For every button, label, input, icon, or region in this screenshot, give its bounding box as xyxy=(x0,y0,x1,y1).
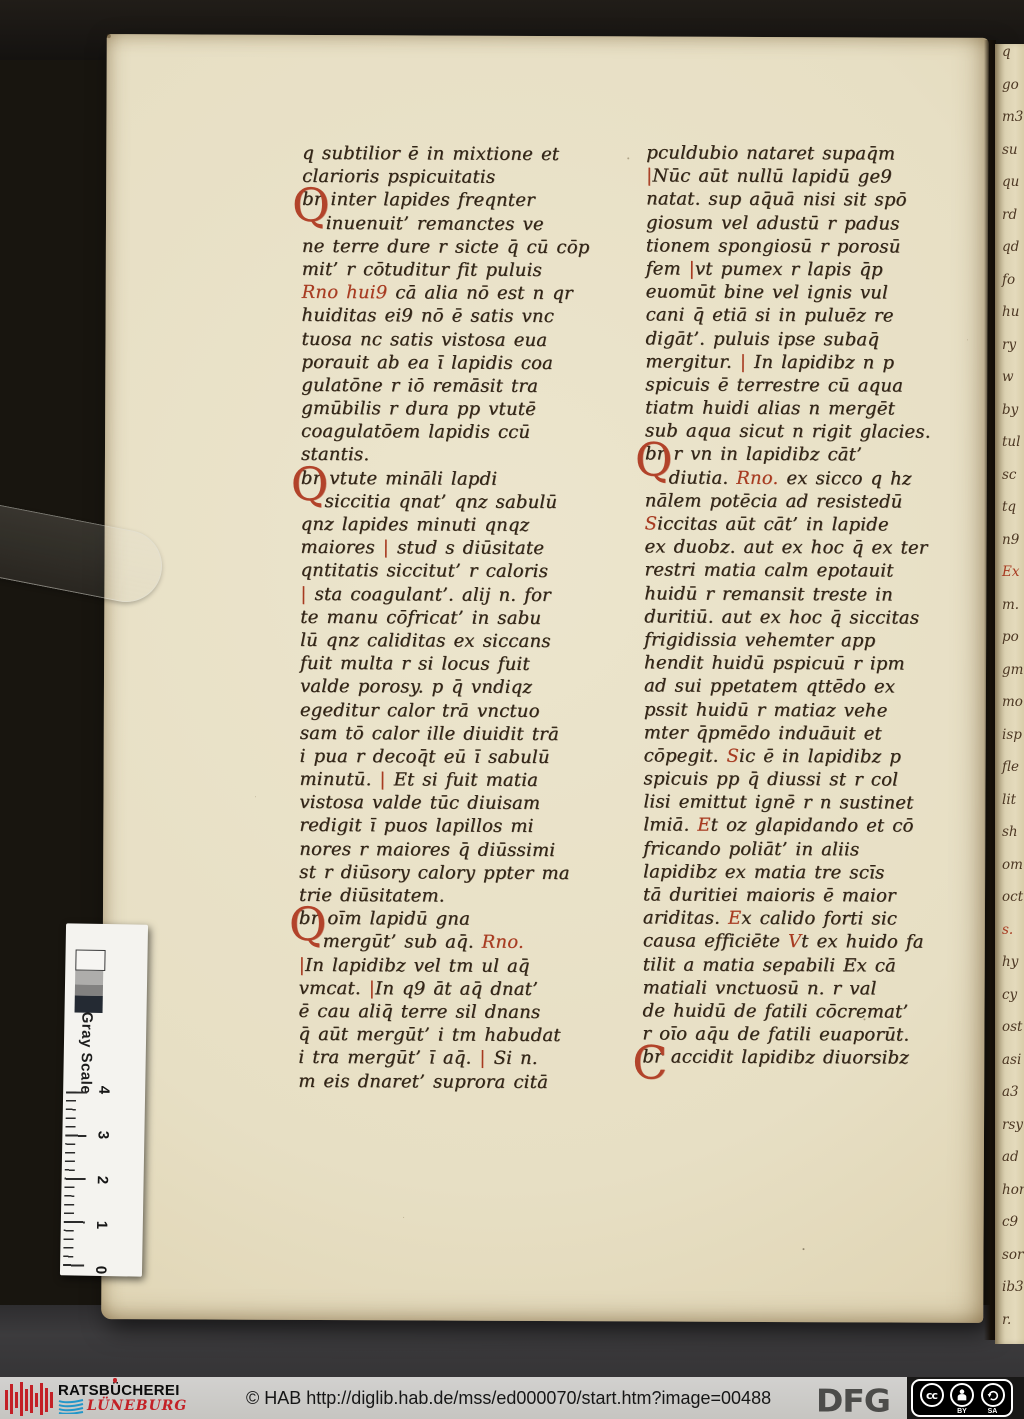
line-text: sub aqua sicut n rigit glacies. xyxy=(645,421,931,443)
fragment-ink: sc xyxy=(1002,467,1017,483)
manuscript-line: clarioris pspicuitatis xyxy=(302,166,637,191)
line-text: lmiā. xyxy=(643,815,697,836)
manuscript-line: q̄ aūt mergūt’ i tm habudat xyxy=(298,1024,633,1049)
manuscript-line: diutia. Rno. ex sicco q hz xyxy=(645,467,980,492)
fragment-ink: mo xyxy=(1002,694,1023,710)
manuscript-line: matiali vnctuosū n. r val xyxy=(643,977,978,1002)
facing-text-fragment: s. xyxy=(995,922,1024,955)
fragment-ink: oct xyxy=(1002,889,1023,905)
dfg-logo: DFG xyxy=(816,1382,890,1419)
manuscript-line: q subtilior ē in mixtione et xyxy=(302,143,637,168)
line-text: i pua r decoq̄t eū ī sabulū xyxy=(300,746,550,768)
rubric-text: Rno. xyxy=(482,932,524,953)
rubric-text: E xyxy=(728,908,741,929)
fragment-ink: fo xyxy=(1002,272,1015,288)
facing-text-fragment: ib3 xyxy=(995,1279,1024,1312)
manuscript-line: i pua r decoq̄t eū ī sabulū xyxy=(300,746,635,771)
line-text: mergūt’ sub aq̄. xyxy=(299,931,482,953)
facing-text-fragment: m3 xyxy=(995,109,1024,142)
line-text: qntitatis siccitut’ r caloris xyxy=(300,560,548,582)
fragment-ink: by xyxy=(1002,402,1018,418)
manuscript-line: tionem spongiosū r porosū xyxy=(646,235,981,260)
manuscript-line: huiditas ei9 nō ē satis vnc xyxy=(302,305,637,330)
fragment-ink: ry xyxy=(1002,337,1016,353)
manuscript-line: cani q̄ etiā si in puluēz re xyxy=(646,305,981,330)
manuscript-line: tiatm huidi alias n mergēt xyxy=(645,397,980,422)
line-text: porauit ab ea ī lapidis coa xyxy=(301,352,553,374)
manuscript-line: ne terre dure r sicte q̄ cū cōp xyxy=(302,236,637,261)
facing-text-fragment: ry xyxy=(995,337,1024,370)
line-text: diutia. xyxy=(645,467,736,488)
manuscript-line: Siccitas aūt cāt’ in lapide xyxy=(645,513,980,538)
line-text: hendit huidū pspicuū r ipm xyxy=(644,653,905,675)
manuscript-line: Cbr accidit lapidibz diuorsibz xyxy=(642,1047,977,1072)
manuscript-line: fem |vt pumex r lapis q̄p xyxy=(646,258,981,283)
facing-text-fragment: go xyxy=(995,77,1024,110)
line-text: spicuis pp q̄ diussi st r col xyxy=(644,768,899,790)
fragment-ink: go xyxy=(1002,77,1019,93)
fragment-ink: rd xyxy=(1002,207,1017,223)
manuscript-line: fuit multa r si locus fuit xyxy=(300,653,635,678)
line-text: Nūc aūt nullū lapidū ge9 xyxy=(652,166,892,188)
facing-text-fragment: Ex xyxy=(995,564,1024,597)
line-text: i tra mergūt’ ī aq̄. xyxy=(298,1047,479,1069)
manuscript-line: Qbr oīm lapidū gna xyxy=(299,908,634,933)
rubric-text: E xyxy=(697,815,710,836)
line-text: x calido forti sic xyxy=(741,908,897,930)
line-text: In lapidibz n p xyxy=(746,352,894,374)
manuscript-line: fricando poliāt’ in aliis xyxy=(643,838,978,863)
manuscript-line: causa efficiēte Vt ex huido fa xyxy=(643,931,978,956)
line-text: m eis dnaret’ suprora citā xyxy=(298,1070,548,1092)
manuscript-line: frigidissia vehemter app xyxy=(644,629,979,654)
facing-text-fragment: cy xyxy=(995,987,1024,1020)
ruler-number: 1 xyxy=(94,1221,110,1230)
rubric-initial: C xyxy=(632,1041,668,1085)
facing-text-fragment: m. xyxy=(995,597,1024,630)
line-text: cani q̄ etiā si in puluēz re xyxy=(646,305,894,327)
fragment-ink: hy xyxy=(1002,954,1018,970)
library-name-accent: Ü xyxy=(110,1382,121,1399)
line-text: mit’ r cōtuditur fit puluis xyxy=(302,259,542,281)
fragment-ink: gm xyxy=(1002,662,1023,678)
fragment-ink: ib3 xyxy=(1002,1279,1024,1295)
manuscript-line: duritiū. aut ex hoc q̄ siccitas xyxy=(644,606,979,631)
manuscript-line: lisi emittut ignē r n sustinet xyxy=(643,792,978,817)
line-text: euomūt bine vel ignis vul xyxy=(646,282,888,304)
manuscript-line: sub aqua sicut n rigit glacies. xyxy=(645,421,980,446)
line-text: gmūbilis r dura pp vtutē xyxy=(301,398,536,420)
facing-text-fragment: mo xyxy=(995,694,1024,727)
manuscript-line: lū qnz caliditas ex siccans xyxy=(300,630,635,655)
manuscript-line: egeditur calor trā vnctuo xyxy=(300,699,635,724)
manuscript-line: mter q̄pmēdo induāuit et xyxy=(644,722,979,747)
line-text: fem xyxy=(646,258,689,279)
manuscript-line: m eis dnaret’ suprora citā xyxy=(298,1070,633,1095)
manuscript-line: de huidū de fatili cōcremat’ xyxy=(642,1000,977,1025)
manuscript-line: giosum vel adustū r padus xyxy=(646,212,981,237)
cc-letters: cc xyxy=(926,1389,937,1402)
manuscript-line: cōpegit. Sic ē in lapidibz p xyxy=(644,745,979,770)
facing-text-fragment: su xyxy=(995,142,1024,175)
line-text: Et si fuit matia xyxy=(386,769,539,791)
facing-text-fragment: ost xyxy=(995,1019,1024,1052)
line-text: ad sui ppetatem qttēdo ex xyxy=(644,676,895,698)
fragment-ink: n9 xyxy=(1002,532,1019,548)
facing-text-fragment: ad xyxy=(995,1149,1024,1182)
facing-text-fragment: c9 xyxy=(995,1214,1024,1247)
fragment-ink: om xyxy=(1002,857,1023,873)
facing-text-fragment: sc xyxy=(995,467,1024,500)
facing-text-fragment: oct xyxy=(995,889,1024,922)
manuscript-line: mergūt’ sub aq̄. Rno. xyxy=(299,931,634,956)
manuscript-line: qnz lapides minuti qnqz xyxy=(301,514,636,539)
manuscript-line: stantis. xyxy=(301,444,636,469)
fragment-ink: m. xyxy=(1002,597,1019,613)
facing-text-fragment: q xyxy=(995,44,1024,77)
facing-text-fragment: n9 xyxy=(995,532,1024,565)
fragment-ink: c9 xyxy=(1002,1214,1018,1230)
manuscript-line: vistosa valde tūc diuisam xyxy=(299,792,634,817)
fragment-ink: a3 xyxy=(1002,1084,1019,1100)
line-text: tilit a matia sepabili Ex cā xyxy=(643,954,896,976)
line-text: tā duritiei maioris ē maior xyxy=(643,884,896,906)
manuscript-line: ad sui ppetatem qttēdo ex xyxy=(644,676,979,701)
line-text: lū qnz caliditas ex siccans xyxy=(300,630,551,652)
facing-text-fragment: po xyxy=(995,629,1024,662)
fragment-ink: cy xyxy=(1002,987,1017,1003)
manuscript-line: valde porosy. p q̄ vndiqz xyxy=(300,676,635,701)
manuscript-line: inuenuit’ remanctes ve xyxy=(302,212,637,237)
manuscript-line: Rno hui9 cā alia nō est n qr xyxy=(302,282,637,307)
manuscript-line: maiores | stud s diūsitate xyxy=(301,537,636,562)
manuscript-line: spicuis ē terrestre cū aqua xyxy=(645,374,980,399)
facing-text-fragment: hy xyxy=(995,954,1024,987)
line-text: lapidibz ex matia tre scīs xyxy=(643,861,884,883)
line-text: iccitas aūt cāt’ in lapide xyxy=(657,513,889,535)
facing-text-fragment: rsy xyxy=(995,1117,1024,1150)
manuscript-line: huidū r remansit treste in xyxy=(644,583,979,608)
line-text: mter q̄pmēdo induāuit et xyxy=(644,722,882,744)
manuscript-line: lapidibz ex matia tre scīs xyxy=(643,861,978,886)
manuscript-line: ex duobz. aut ex hoc q̄ ex ter xyxy=(645,537,980,562)
line-text: mergitur. xyxy=(645,351,740,372)
parchment-speckles xyxy=(107,34,111,38)
manuscript-line: gulatōne r iō remāsit tra xyxy=(301,375,636,400)
line-text: restri matia calm epotauit xyxy=(644,560,893,582)
manuscript-line: qntitatis siccitut’ r caloris xyxy=(300,560,635,585)
line-text: pssit huidū r matiaz vehe xyxy=(644,699,888,721)
line-text: redigit ī puos lapillos mi xyxy=(299,815,533,837)
line-text: inuenuit’ remanctes ve xyxy=(302,212,544,234)
line-text: q̄ aūt mergūt’ i tm habudat xyxy=(298,1024,560,1046)
line-text: qnz lapides minuti qnqz xyxy=(301,514,530,536)
cc-by-person-icon xyxy=(950,1383,974,1407)
library-bars-icon xyxy=(4,1380,54,1418)
line-text: natat. sup aq̄uā nisi sit spō xyxy=(646,189,907,211)
digitized-manuscript-photo: q subtilior ē in mixtione etclarioris ps… xyxy=(0,0,1024,1419)
cc-license-badge: cc BY SA xyxy=(911,1379,1013,1417)
line-text: st r diūsory calory ppter ma xyxy=(299,862,570,884)
fragment-ink: w xyxy=(1002,369,1014,385)
fragment-ink: po xyxy=(1002,629,1019,645)
line-text: gulatōne r iō remāsit tra xyxy=(301,375,538,397)
manuscript-line: natat. sup aq̄uā nisi sit spō xyxy=(646,189,981,214)
fragment-ink: ost xyxy=(1002,1019,1022,1035)
manuscript-line: st r diūsory calory ppter ma xyxy=(299,862,634,887)
line-text: giosum vel adustū r padus xyxy=(646,212,900,234)
line-text: ariditas. xyxy=(643,908,728,929)
ruler-number: 0 xyxy=(93,1266,109,1275)
line-text: pculdubio nataret supaq̄m xyxy=(646,142,895,164)
manuscript-line: gmūbilis r dura pp vtutē xyxy=(301,398,636,423)
manuscript-line: spicuis pp q̄ diussi st r col xyxy=(644,768,979,793)
line-text: maiores xyxy=(301,537,383,558)
line-text: clarioris pspicuitatis xyxy=(302,166,495,188)
facing-text-fragment: sor xyxy=(995,1247,1024,1280)
facing-text-fragment: w xyxy=(995,369,1024,402)
by-label: BY xyxy=(957,1408,967,1416)
line-text: duritiū. aut ex hoc q̄ siccitas xyxy=(644,606,919,628)
fragment-ink: q xyxy=(1002,44,1011,60)
fragment-ink: qd xyxy=(1002,239,1019,255)
line-text: br inter lapides freqnter xyxy=(302,189,535,211)
manuscript-line: nālem potēcia ad resistedū xyxy=(645,490,980,515)
manuscript-line: te manu cōfricat’ in sabu xyxy=(300,607,635,632)
rubric-text: V xyxy=(788,931,801,952)
line-text: digāt’. puluis ipse subaq̄ xyxy=(645,328,879,350)
manuscript-line: redigit ī puos lapillos mi xyxy=(299,815,634,840)
line-text: vmcat. xyxy=(299,978,369,999)
library-name-text: CHEREI xyxy=(121,1382,179,1399)
calibration-patch xyxy=(75,970,103,984)
calibration-patches xyxy=(75,949,104,1012)
line-text: In q9 āt aq̄ dnat’ xyxy=(375,978,538,1000)
fragment-ink: rsy xyxy=(1002,1117,1023,1133)
facing-text-fragment: r. xyxy=(995,1312,1024,1345)
fragment-ink: tul xyxy=(1002,434,1020,450)
line-text: huidū r remansit treste in xyxy=(644,583,893,605)
line-text: egeditur calor trā vnctuo xyxy=(300,699,540,721)
line-text: minutū. xyxy=(300,769,380,790)
line-text: t oz glapidando et cō xyxy=(711,815,914,837)
line-text: matiali vnctuosū n. r val xyxy=(643,977,877,999)
facing-text-fragment: qd xyxy=(995,239,1024,272)
copyright-url-text: © HAB http://diglib.hab.de/mss/ed000070/… xyxy=(246,1388,771,1409)
manuscript-line: tilit a matia sepabili Ex cā xyxy=(643,954,978,979)
line-text: cōpegit. xyxy=(644,745,727,766)
manuscript-line: ē cau aliq̄ terre sil dnans xyxy=(298,1001,633,1026)
manuscript-line: vmcat. |In q9 āt aq̄ dnat’ xyxy=(299,978,634,1003)
library-city-row: LÜNEBURG xyxy=(58,1398,187,1414)
line-text: tuosa nc satis vistosa eua xyxy=(301,328,547,350)
calibration-patch xyxy=(75,995,103,1012)
library-city: LÜNEBURG xyxy=(87,1398,187,1414)
fragment-ink: su xyxy=(1002,142,1018,158)
manuscript-line: tuosa nc satis vistosa eua xyxy=(301,328,636,353)
facing-text-fragment: tq xyxy=(995,499,1024,532)
line-text: siccitia qnat’ qnz sabulū xyxy=(301,491,557,513)
line-text: tionem spongiosū r porosū xyxy=(646,235,901,257)
line-text: t ex huido fa xyxy=(801,931,924,953)
facing-text-fragment: gm xyxy=(995,662,1024,695)
ruler-numbers: 43210 xyxy=(90,1082,115,1278)
line-text: tiatm huidi alias n mergēt xyxy=(645,397,895,419)
line-text: spicuis ē terrestre cū aqua xyxy=(645,374,903,396)
manuscript-line: sam tō calor ille diuidit trā xyxy=(300,723,635,748)
fragment-ink: fle xyxy=(1002,759,1019,775)
line-text: sam tō calor ille diuidit trā xyxy=(300,723,559,745)
ruler-number: 2 xyxy=(95,1176,111,1185)
manuscript-right-column: pculdubio nataret supaq̄m|Nūc aūt nullū … xyxy=(642,142,981,1071)
manuscript-line: mit’ r cōtuditur fit puluis xyxy=(302,259,637,284)
manuscript-line: digāt’. puluis ipse subaq̄ xyxy=(645,328,980,353)
line-text: huiditas ei9 nō ē satis vnc xyxy=(302,305,555,327)
facing-text-fragment: asi xyxy=(995,1052,1024,1085)
manuscript-line: siccitia qnat’ qnz sabulū xyxy=(301,491,636,516)
cc-by-item: BY xyxy=(950,1383,974,1416)
fragment-ink: tq xyxy=(1002,499,1016,515)
fragment-ink: r. xyxy=(1002,1312,1011,1328)
manuscript-line: nores r maiores q̄ diūssimi xyxy=(299,839,634,864)
fragment-ink: hu xyxy=(1002,304,1019,320)
fragment-ink: m3 xyxy=(1002,109,1023,125)
fragment-ink: qu xyxy=(1002,174,1019,190)
manuscript-line: i tra mergūt’ ī aq̄. | Si n. xyxy=(298,1047,633,1072)
facing-text-fragment: rd xyxy=(995,207,1024,240)
manuscript-line: Qbr vtute mināli lapdi xyxy=(301,468,636,493)
manuscript-line: r oīo aq̄u de fatili euaporūt. xyxy=(642,1024,977,1049)
line-text: lisi emittut ignē r n sustinet xyxy=(643,792,913,814)
line-text: causa efficiēte xyxy=(643,931,788,953)
line-text: de huidū de fatili cōcremat’ xyxy=(643,1000,909,1022)
facing-text-fragment: lit xyxy=(995,792,1024,825)
cc-sa-arrow-icon xyxy=(981,1383,1005,1407)
fragment-ink: lit xyxy=(1002,792,1016,808)
facing-text-fragment: fle xyxy=(995,759,1024,792)
line-text: vistosa valde tūc diuisam xyxy=(299,792,540,814)
line-text: valde porosy. p q̄ vndiqz xyxy=(300,676,532,698)
manuscript-line: mergitur. | In lapidibz n p xyxy=(645,351,980,376)
line-text: fricando poliāt’ in aliis xyxy=(643,838,859,860)
manuscript-line: ariditas. Ex calido forti sic xyxy=(643,908,978,933)
calibration-patch xyxy=(75,984,103,995)
library-name: RATSBÜCHEREI xyxy=(58,1382,180,1399)
line-text: br vtute mināli lapdi xyxy=(301,468,497,490)
cc-sa-item: SA xyxy=(981,1383,1005,1416)
manuscript-line: euomūt bine vel ignis vul xyxy=(646,282,981,307)
line-text: In lapidibz vel tm ul aq̄ xyxy=(305,955,530,977)
fragment-ink: sh xyxy=(1002,824,1018,840)
manuscript-line: Qbr r vn in lapidibz cāt’ xyxy=(645,444,980,469)
line-text: ex sicco q hz xyxy=(778,468,911,490)
rubric-text: Rno. xyxy=(736,467,778,488)
manuscript-line: lmiā. Et oz glapidando et cō xyxy=(643,815,978,840)
line-text: ne terre dure r sicte q̄ cū cōp xyxy=(302,236,590,258)
line-text: Si n. xyxy=(486,1048,538,1069)
manuscript-line: trie diūsitatem. xyxy=(299,885,634,910)
facing-text-fragment: isp xyxy=(995,727,1024,760)
gray-scale-card: Gray Scale 43210 xyxy=(60,923,148,1276)
library-name-text: RATSB xyxy=(58,1382,110,1399)
line-text: nālem potēcia ad resistedū xyxy=(645,490,903,512)
line-text: te manu cōfricat’ in sabu xyxy=(300,607,541,629)
manuscript-line: | sta coagulant’. alij n. for xyxy=(300,583,635,608)
line-text: cā alia nō est n qr xyxy=(387,282,572,304)
line-text: coagulatōem lapidis ccū xyxy=(301,421,530,443)
fragment-ink: sor xyxy=(1002,1247,1024,1263)
fragment-ink: ad xyxy=(1002,1149,1019,1165)
ruler-number: 4 xyxy=(96,1086,112,1095)
manuscript-line: porauit ab ea ī lapidis coa xyxy=(301,352,636,377)
fragment-ink: hor xyxy=(1002,1182,1024,1198)
manuscript-left-column: q subtilior ē in mixtione etclarioris ps… xyxy=(298,143,637,1095)
fragment-rubric: s. xyxy=(1002,922,1013,938)
facing-text-fragment: sh xyxy=(995,824,1024,857)
line-text: ic ē in lapidibz p xyxy=(739,746,901,768)
line-text: sta coagulant’. alij n. for xyxy=(307,584,551,606)
manuscript-line: pculdubio nataret supaq̄m xyxy=(646,142,981,167)
facing-text-fragment: hor xyxy=(995,1182,1024,1215)
facing-text-fragment: hu xyxy=(995,304,1024,337)
cc-icon: cc xyxy=(920,1383,944,1407)
facing-text-fragment: by xyxy=(995,402,1024,435)
line-text: br r vn in lapidibz cāt’ xyxy=(645,444,862,466)
manuscript-line: tā duritiei maioris ē maior xyxy=(643,884,978,909)
manuscript-page: q subtilior ē in mixtione etclarioris ps… xyxy=(101,34,989,1323)
ruler-ticks xyxy=(63,1091,87,1267)
line-text: ē cau aliq̄ terre sil dnans xyxy=(298,1001,540,1023)
manuscript-line: restri matia calm epotauit xyxy=(644,560,979,585)
rubric-text: S xyxy=(726,746,739,767)
manuscript-line: pssit huidū r matiaz vehe xyxy=(644,699,979,724)
line-text: nores r maiores q̄ diūssimi xyxy=(299,839,555,861)
line-text: ex duobz. aut ex hoc q̄ ex ter xyxy=(645,537,928,559)
facing-text-fragment: tul xyxy=(995,434,1024,467)
line-text: r oīo aq̄u de fatili euaporūt. xyxy=(642,1024,909,1046)
line-text: fuit multa r si locus fuit xyxy=(300,653,530,675)
calibration-patch xyxy=(75,949,105,971)
facing-text-fragment: a3 xyxy=(995,1084,1024,1117)
line-text: br accidit lapidibz diuorsibz xyxy=(642,1047,909,1069)
line-text: vt pumex r lapis q̄p xyxy=(695,259,883,281)
ruler-number: 3 xyxy=(95,1131,111,1140)
cc-item: cc xyxy=(920,1383,944,1416)
manuscript-line: hendit huidū pspicuū r ipm xyxy=(644,653,979,678)
manuscript-line: minutū. | Et si fuit matia xyxy=(300,769,635,794)
manuscript-line: |In lapidibz vel tm ul aq̄ xyxy=(299,954,634,979)
manuscript-line: Qbr inter lapides freqnter xyxy=(302,189,637,214)
facing-text-fragment: qu xyxy=(995,174,1024,207)
sa-label: SA xyxy=(988,1408,998,1416)
facing-page-edge: qgom3suqurdqdfohurywbytulsctqn9Exm.pogmm… xyxy=(995,44,1024,1344)
fragment-rubric: Ex xyxy=(1002,564,1019,580)
fragment-ink: asi xyxy=(1002,1052,1021,1068)
manuscript-line: |Nūc aūt nullū lapidū ge9 xyxy=(646,166,981,191)
manuscript-line: coagulatōem lapidis ccū xyxy=(301,421,636,446)
rubric-text: S xyxy=(645,513,658,534)
fragment-ink: isp xyxy=(1002,727,1022,743)
rubric-text: Rno hui9 xyxy=(302,282,388,303)
book-waves-icon xyxy=(58,1398,84,1414)
facing-text-fragment: om xyxy=(995,857,1024,890)
line-text: q subtilior ē in mixtione et xyxy=(302,143,559,165)
facing-text-fragment: fo xyxy=(995,272,1024,305)
line-text: frigidissia vehemter app xyxy=(644,629,875,651)
line-text: stud s diūsitate xyxy=(389,538,544,560)
